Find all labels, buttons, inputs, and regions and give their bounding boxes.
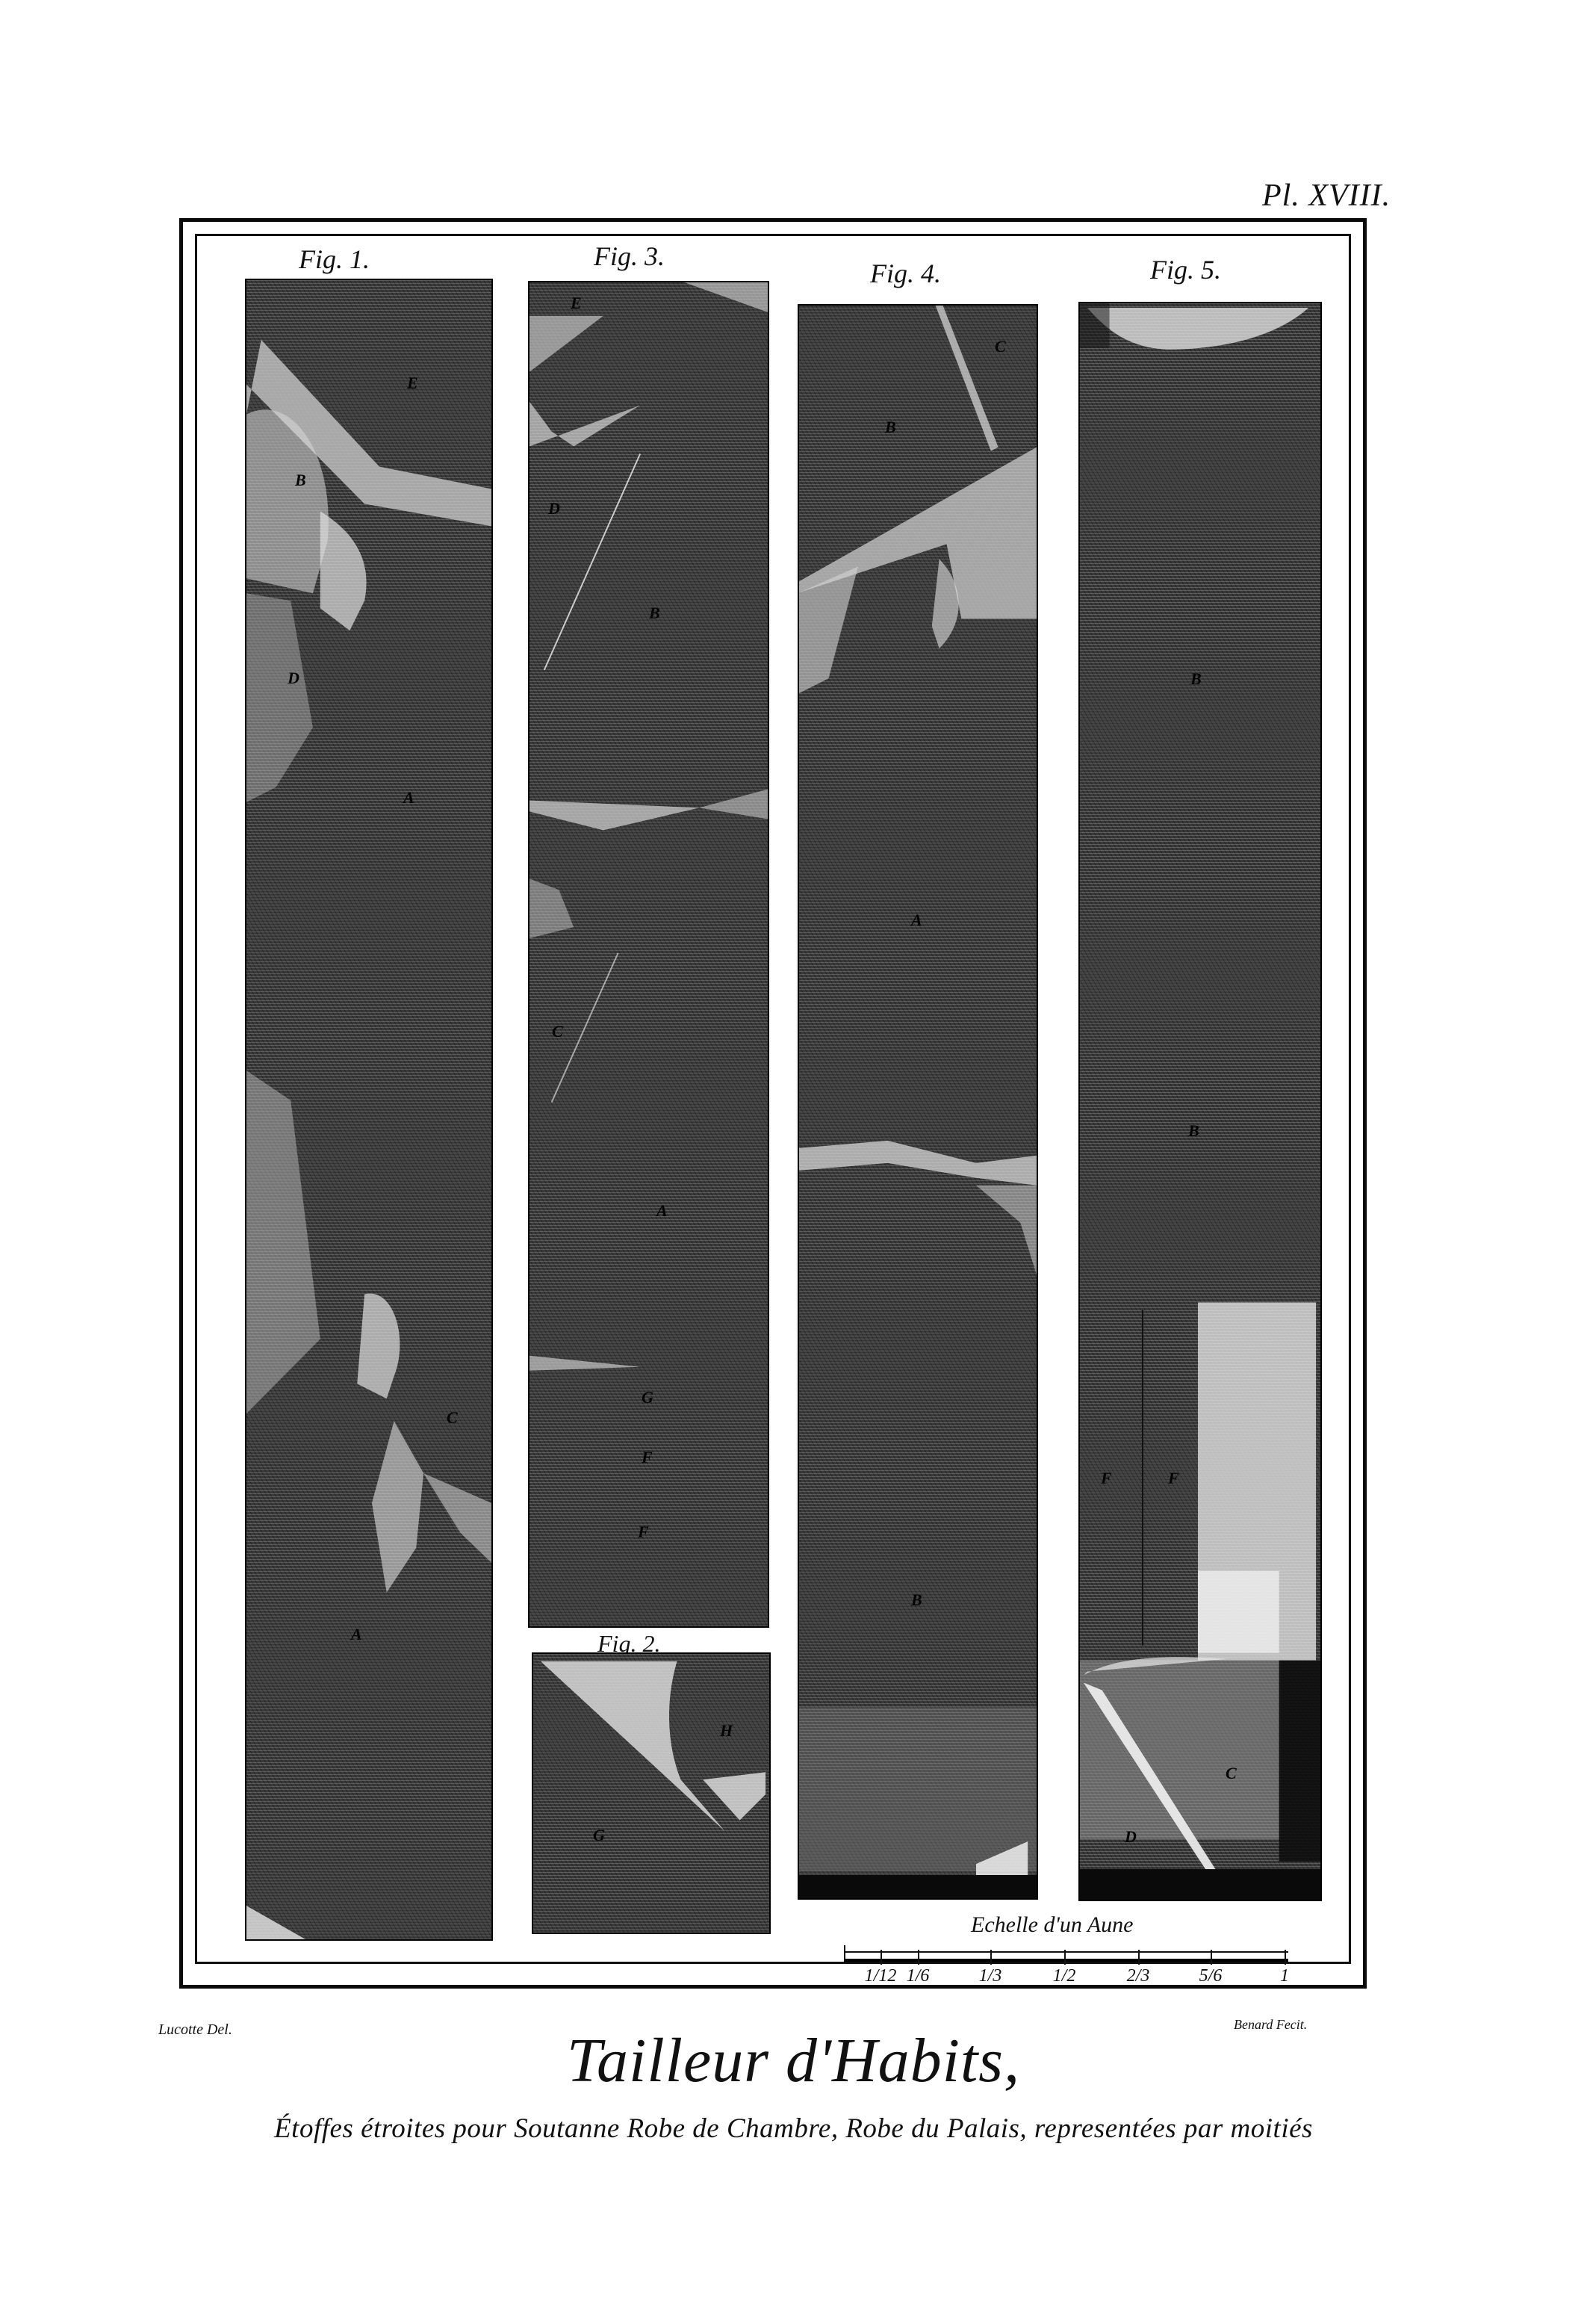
fig4-cutting-layout — [799, 306, 1037, 1898]
scale-tick-label: 1/6 — [907, 1966, 930, 1986]
piece-label: D — [548, 499, 560, 518]
scale-of-aune: Echelle d'un Aune 1/121/61/31/22/35/61 — [844, 1912, 1292, 2002]
piece-label: F — [642, 1448, 653, 1467]
piece-label: A — [403, 788, 414, 808]
piece-label: A — [911, 911, 922, 930]
piece-label: B — [1190, 669, 1202, 689]
fig4-label: Fig. 4. — [870, 258, 941, 289]
fig3-label: Fig. 3. — [594, 241, 665, 272]
piece-label: C — [1226, 1764, 1237, 1783]
fig3-cutting-layout — [529, 282, 768, 1626]
piece-label: G — [642, 1388, 653, 1407]
piece-label: B — [911, 1590, 922, 1610]
piece-label: C — [447, 1408, 458, 1428]
piece-label: D — [1125, 1827, 1137, 1847]
scale-tick-label: 1/2 — [1053, 1966, 1076, 1986]
scale-tick — [1064, 1950, 1066, 1965]
fig1-panel: E B D A C A — [245, 279, 493, 1941]
piece-label: A — [656, 1201, 668, 1221]
scale-tick-label: 1 — [1280, 1966, 1289, 1986]
fig5-label: Fig. 5. — [1150, 254, 1221, 285]
fig1-label: Fig. 1. — [299, 244, 370, 275]
scale-tick-label: 2/3 — [1127, 1966, 1150, 1986]
scale-tick-label: 1/3 — [979, 1966, 1002, 1986]
scale-tick — [1138, 1950, 1140, 1965]
piece-label: B — [885, 418, 896, 437]
fig1-cutting-layout — [246, 280, 491, 1939]
piece-label: C — [995, 337, 1006, 356]
piece-label: F — [1168, 1469, 1179, 1488]
piece-label: B — [1188, 1121, 1199, 1141]
fig2-panel: H G — [532, 1652, 771, 1934]
scale-tick — [881, 1950, 882, 1965]
plate-number: Pl. XVIII. — [1262, 178, 1391, 214]
piece-label: A — [351, 1625, 362, 1644]
piece-label: H — [720, 1721, 733, 1741]
scale-bar-top — [844, 1951, 1288, 1953]
fig3-panel: E D B C A G F F — [528, 281, 769, 1628]
fig4-panel: C B A B — [798, 304, 1038, 1900]
scale-tick-label: 1/12 — [865, 1966, 897, 1986]
scale-tick-label: 5/6 — [1199, 1966, 1223, 1986]
plate-subtitle: Étoffes étroites pour Soutanne Robe de C… — [0, 2113, 1587, 2145]
piece-label: G — [593, 1826, 605, 1845]
scale-tick — [990, 1950, 992, 1965]
piece-label: B — [649, 604, 660, 623]
piece-label: B — [295, 471, 306, 490]
scale-tick — [918, 1950, 919, 1965]
fig2-cutting-layout — [533, 1654, 769, 1933]
plate-title: Tailleur d'Habits, — [0, 2024, 1587, 2097]
piece-label: F — [1101, 1469, 1112, 1488]
piece-label: F — [638, 1522, 649, 1542]
scale-start-mark — [844, 1945, 845, 1963]
piece-label: D — [288, 669, 299, 688]
scale-tick — [1211, 1950, 1212, 1965]
scale-bar — [844, 1959, 1288, 1962]
piece-label: C — [552, 1022, 563, 1041]
piece-label: E — [571, 294, 582, 313]
fig5-cutting-layout — [1080, 303, 1320, 1900]
fig5-panel: B B F F C D — [1078, 302, 1322, 1901]
piece-label: E — [407, 374, 418, 393]
scale-title: Echelle d'un Aune — [971, 1912, 1133, 1938]
scale-tick — [1285, 1950, 1286, 1965]
